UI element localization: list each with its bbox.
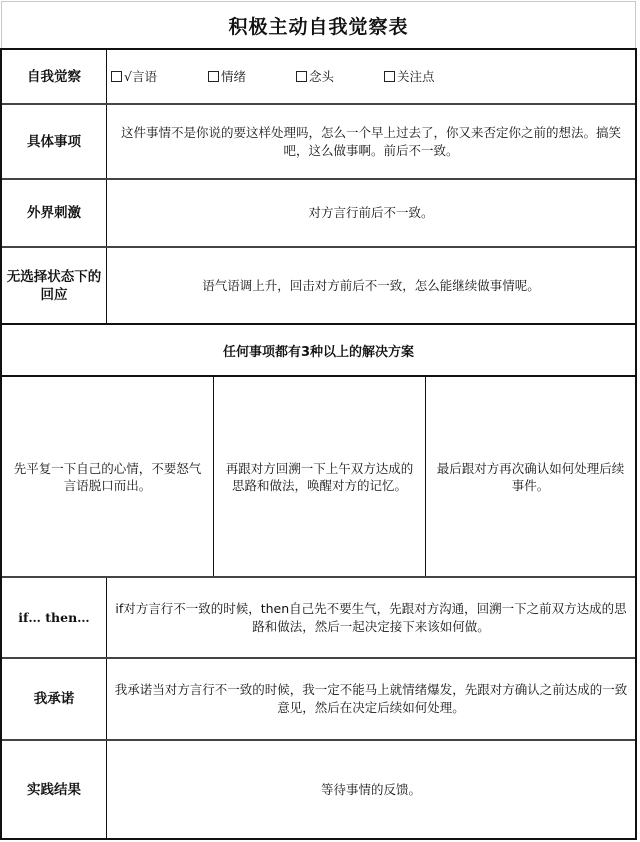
- solution-1: 先平复一下自己的心情，不要怒气言语脱口而出。: [2, 377, 213, 576]
- row-label: 我承诺: [2, 659, 107, 739]
- checkbox-icon[interactable]: [384, 71, 395, 82]
- row-label: 实践结果: [2, 741, 107, 838]
- page-title: 积极主动自我觉察表: [228, 12, 408, 39]
- awareness-table: 自我觉察 √言语 情绪 念头 关注点 具体事项 这件事情不是你说的要这样处理吗，…: [0, 48, 637, 840]
- row-self-awareness: 自我觉察 √言语 情绪 念头 关注点: [2, 50, 635, 103]
- row-reaction: 无选择状态下的回应 语气语调上升，回击对方前后不一致，怎么能继续做事情呢。: [2, 246, 635, 323]
- row-specific-matter: 具体事项 这件事情不是你说的要这样处理吗，怎么一个早上过去了，你又来否定你之前的…: [2, 103, 635, 178]
- option-label: 关注点: [397, 67, 435, 85]
- row-external-stimulus: 外界刺激 对方言行前后不一致。: [2, 178, 635, 246]
- row-content: 这件事情不是你说的要这样处理吗，怎么一个早上过去了，你又来否定你之前的想法。搞笑…: [107, 105, 635, 178]
- row-label: 具体事项: [2, 105, 107, 178]
- row-label: 自我觉察: [2, 50, 107, 103]
- option-speech[interactable]: √言语: [111, 67, 157, 85]
- option-thought[interactable]: 念头: [296, 67, 334, 85]
- awareness-options: √言语 情绪 念头 关注点: [107, 50, 635, 103]
- option-emotion[interactable]: 情绪: [208, 67, 246, 85]
- row-if-then: if… then… if对方言行不一致的时候，then自己先不要生气，先跟对方沟…: [2, 576, 635, 657]
- title-box: 积极主动自我觉察表: [1, 1, 636, 48]
- row-solutions-heading: 任何事项都有3种以上的解决方案: [2, 323, 635, 375]
- solution-3: 最后跟对方再次确认如何处理后续事件。: [425, 377, 635, 576]
- option-label: 情绪: [221, 67, 246, 85]
- row-content: 语气语调上升，回击对方前后不一致，怎么能继续做事情呢。: [107, 248, 635, 323]
- checkbox-icon[interactable]: [208, 71, 219, 82]
- row-content: if对方言行不一致的时候，then自己先不要生气，先跟对方沟通，回溯一下之前双方…: [107, 578, 635, 657]
- option-focus[interactable]: 关注点: [384, 67, 435, 85]
- option-label: √言语: [124, 67, 157, 85]
- option-label: 念头: [309, 67, 334, 85]
- row-content: 对方言行前后不一致。: [107, 180, 635, 246]
- row-label: 无选择状态下的回应: [2, 248, 107, 323]
- row-practice-result: 实践结果 等待事情的反馈。: [2, 739, 635, 838]
- checkbox-icon[interactable]: [296, 71, 307, 82]
- row-label: if… then…: [2, 578, 107, 657]
- row-content: 我承诺当对方言行不一致的时候，我一定不能马上就情绪爆发，先跟对方确认之前达成的一…: [107, 659, 635, 739]
- checkbox-icon[interactable]: [111, 71, 122, 82]
- row-content: 等待事情的反馈。: [107, 741, 635, 838]
- row-label: 外界刺激: [2, 180, 107, 246]
- solution-2: 再跟对方回溯一下上午双方达成的思路和做法，唤醒对方的记忆。: [213, 377, 425, 576]
- solutions-heading: 任何事项都有3种以上的解决方案: [2, 325, 635, 375]
- row-commitment: 我承诺 我承诺当对方言行不一致的时候，我一定不能马上就情绪爆发，先跟对方确认之前…: [2, 657, 635, 739]
- row-solutions: 先平复一下自己的心情，不要怒气言语脱口而出。 再跟对方回溯一下上午双方达成的思路…: [2, 375, 635, 576]
